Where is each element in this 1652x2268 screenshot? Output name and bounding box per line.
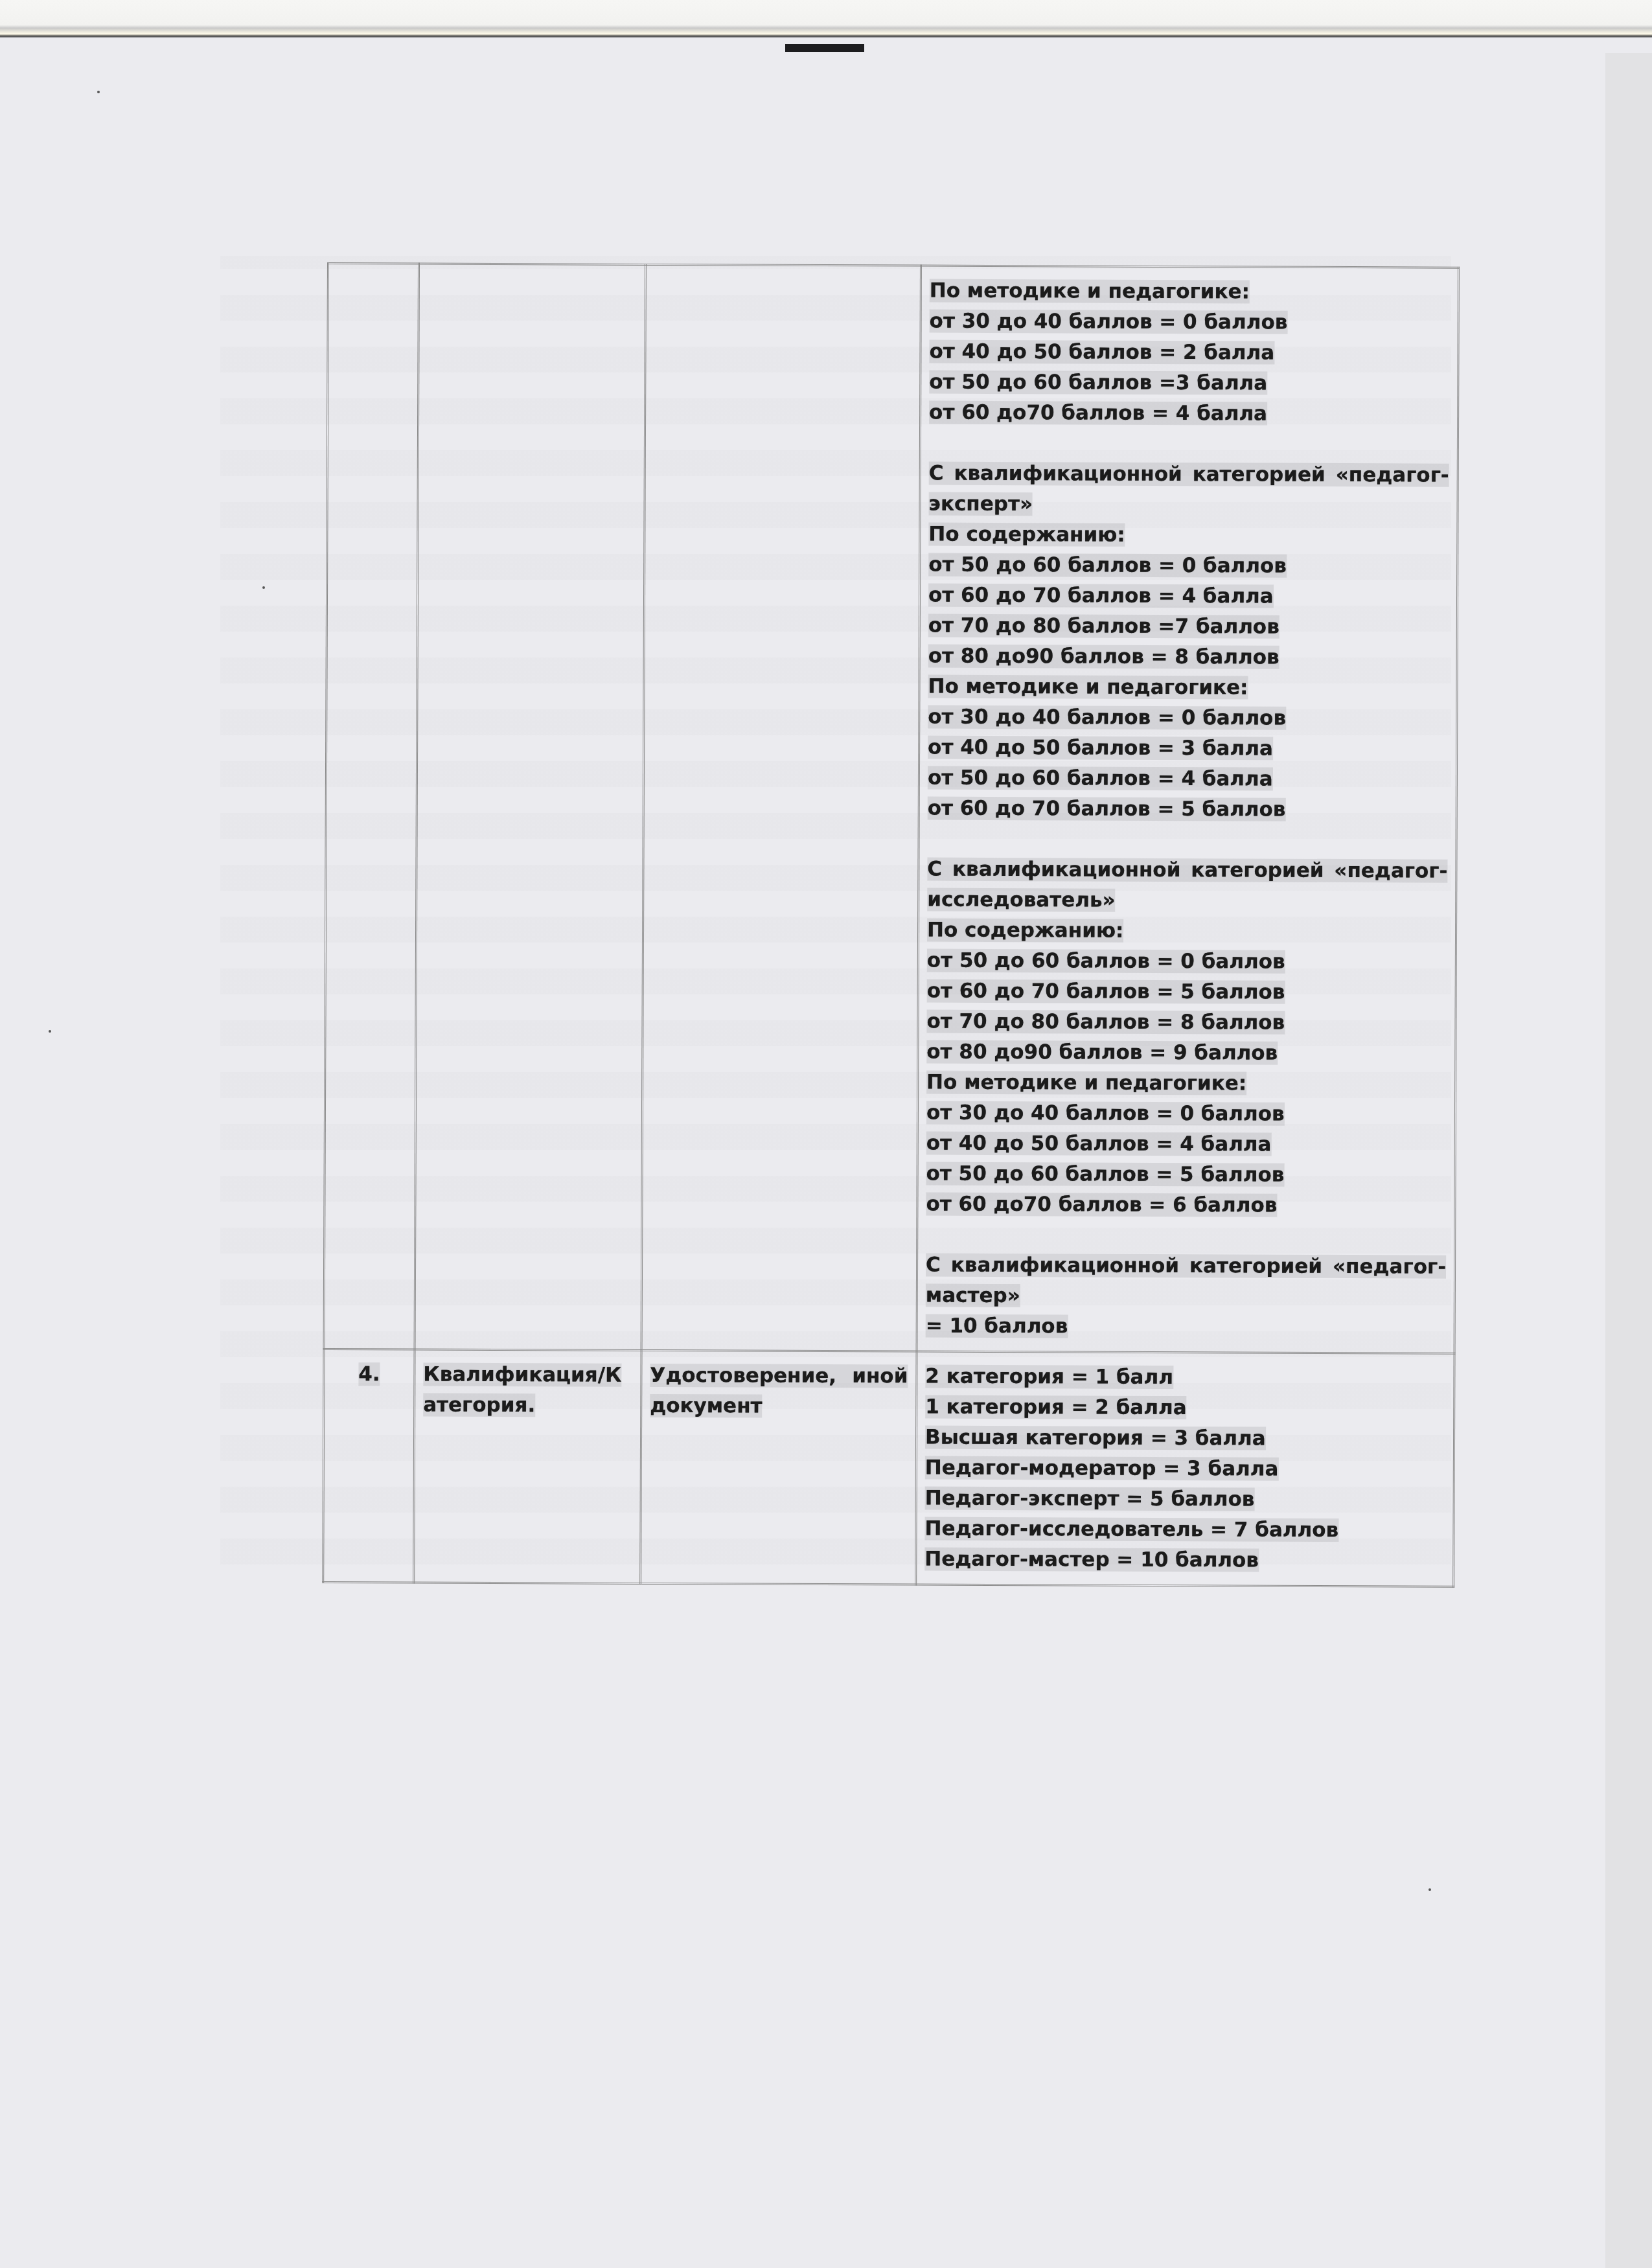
score-rule-text: от 40 до 50 баллов = 4 балла <box>926 1132 1272 1156</box>
score-rule-text: от 70 до 80 баллов = 8 баллов <box>926 1010 1285 1035</box>
score-rule: от 60 до 70 баллов = 5 баллов <box>927 976 1447 1009</box>
section-label-text: По содержанию: <box>928 523 1125 547</box>
category-score-item: Педагог-эксперт = 5 баллов <box>925 1483 1445 1516</box>
score-rule-text: от 40 до 50 баллов = 2 балла <box>929 340 1274 365</box>
score-rule: от 30 до 40 баллов = 0 баллов <box>928 702 1448 735</box>
scoring-block: С квалификационной категорией «педагог-э… <box>928 459 1449 826</box>
category-score-item: Педагог-мастер = 10 баллов <box>924 1544 1445 1577</box>
score-rule-text: от 80 до90 баллов = 8 баллов <box>928 645 1279 669</box>
criterion-label: Квалификация/Категория. <box>423 1363 621 1417</box>
score-rule-text: = 10 баллов <box>926 1314 1068 1338</box>
category-heading-text: С квалификационной категорией «педагог-и… <box>927 858 1447 912</box>
scan-speck <box>49 1030 51 1033</box>
category-score-text: Высшая категория = 3 балла <box>925 1426 1266 1450</box>
category-score-text: Педагог-эксперт = 5 баллов <box>925 1487 1255 1511</box>
score-rule: = 10 баллов <box>926 1311 1446 1344</box>
category-score-item: Педагог-модератор = 3 балла <box>925 1453 1445 1485</box>
section-label-text: По методике и педагогике: <box>928 675 1248 700</box>
cell-scoring: 2 категория = 1 балл1 категория = 2 балл… <box>916 1351 1454 1586</box>
cell-criterion <box>415 264 645 1350</box>
category-score-text: Педагог-мастер = 10 баллов <box>924 1548 1259 1572</box>
category-score-text: Педагог-исследователь = 7 баллов <box>924 1517 1338 1542</box>
score-rule: от 60 до70 баллов = 6 баллов <box>926 1189 1446 1222</box>
score-rule-text: от 50 до 60 баллов = 0 баллов <box>928 553 1287 578</box>
score-rule: от 50 до 60 баллов = 0 баллов <box>928 550 1449 582</box>
category-score-list: 2 категория = 1 балл1 категория = 2 балл… <box>924 1362 1445 1577</box>
cell-scoring: По методике и педагогике:от 30 до 40 бал… <box>917 266 1458 1353</box>
table-row-continued: По методике и педагогике:от 30 до 40 бал… <box>324 264 1458 1354</box>
score-rule: от 70 до 80 баллов =7 баллов <box>928 611 1449 643</box>
confirming-document: Удостоверение, иной документ <box>650 1364 908 1418</box>
score-rule-text: от 50 до 60 баллов = 5 баллов <box>926 1162 1285 1187</box>
score-rule: от 30 до 40 баллов = 0 баллов <box>926 1098 1447 1130</box>
scan-speck <box>1428 1888 1431 1891</box>
scanner-top-edge <box>0 0 1652 45</box>
score-rule-text: от 50 до 60 баллов = 0 баллов <box>927 949 1285 974</box>
score-rule: от 50 до 60 баллов = 0 баллов <box>927 946 1447 978</box>
category-heading-text: С квалификационной категорией «педагог-м… <box>926 1254 1446 1308</box>
category-heading: С квалификационной категорией «педагог-м… <box>926 1250 1446 1313</box>
score-rule: от 40 до 50 баллов = 4 балла <box>926 1128 1447 1161</box>
score-rule-text: от 60 до 70 баллов = 4 балла <box>928 584 1274 608</box>
section-label: По методике и педагогике: <box>926 1068 1447 1100</box>
score-rule-text: от 60 до70 баллов = 4 балла <box>929 401 1267 426</box>
score-rule-text: от 30 до 40 баллов = 0 баллов <box>928 705 1286 730</box>
score-rule: от 60 до 70 баллов = 4 балла <box>928 580 1449 613</box>
score-rule-text: от 60 до 70 баллов = 5 баллов <box>928 797 1286 821</box>
score-rule: от 50 до 60 баллов =3 балла <box>929 367 1449 400</box>
section-label-text: По методике и педагогике: <box>930 279 1250 304</box>
scan-speck <box>97 91 100 93</box>
category-score-item: 1 категория = 2 балла <box>925 1392 1445 1425</box>
cell-number <box>324 264 419 1350</box>
score-rule-text: от 60 до 70 баллов = 5 баллов <box>927 979 1285 1004</box>
score-rule: от 50 до 60 баллов = 5 баллов <box>926 1159 1447 1191</box>
category-heading: С квалификационной категорией «педагог-э… <box>928 459 1449 521</box>
score-rule-text: от 40 до 50 баллов = 3 балла <box>928 736 1273 761</box>
section-label-text: По методике и педагогике: <box>926 1071 1246 1095</box>
section-label: По содержанию: <box>928 520 1449 552</box>
score-rule: от 70 до 80 баллов = 8 баллов <box>926 1007 1447 1039</box>
scanner-marker <box>785 44 864 52</box>
cell-number: 4. <box>323 1349 415 1583</box>
cell-criterion: Квалификация/Категория. <box>414 1349 641 1583</box>
table-row-4: 4. Квалификация/Категория. Удостоверение… <box>323 1349 1454 1586</box>
score-rule-text: от 70 до 80 баллов =7 баллов <box>928 614 1279 639</box>
score-rule: от 40 до 50 баллов = 3 балла <box>928 733 1448 765</box>
score-rule: от 30 до 40 баллов = 0 баллов <box>930 306 1450 339</box>
scoring-block: С квалификационной категорией «педагог-и… <box>926 854 1447 1222</box>
score-rule-text: от 80 до90 баллов = 9 баллов <box>926 1040 1278 1065</box>
row-number: 4. <box>358 1362 380 1386</box>
score-rule-text: от 60 до70 баллов = 6 баллов <box>926 1193 1277 1217</box>
cell-confirming-document <box>641 264 921 1351</box>
score-rule: от 60 до 70 баллов = 5 баллов <box>928 794 1448 826</box>
score-rule-text: от 50 до 60 баллов = 4 балла <box>928 766 1273 791</box>
category-heading-text: С квалификационной категорией «педагог-э… <box>929 462 1449 516</box>
cell-confirming-document: Удостоверение, иной документ <box>641 1350 917 1585</box>
score-rule-text: от 30 до 40 баллов = 0 баллов <box>930 310 1288 334</box>
section-label: По содержанию: <box>927 915 1447 948</box>
score-rule-text: от 30 до 40 баллов = 0 баллов <box>926 1101 1285 1126</box>
category-score-item: Высшая категория = 3 балла <box>925 1423 1445 1455</box>
category-score-text: 2 категория = 1 балл <box>925 1365 1173 1389</box>
score-rule: от 80 до90 баллов = 9 баллов <box>926 1037 1447 1070</box>
category-score-item: Педагог-исследователь = 7 баллов <box>924 1514 1445 1546</box>
category-heading: С квалификационной категорией «педагог-и… <box>927 854 1447 917</box>
score-rule: от 60 до70 баллов = 4 балла <box>929 398 1449 430</box>
section-label-text: По содержанию: <box>927 919 1124 943</box>
score-rule-text: от 50 до 60 баллов =3 балла <box>929 371 1267 395</box>
category-score-text: 1 категория = 2 балла <box>925 1395 1187 1420</box>
category-score-item: 2 категория = 1 балл <box>925 1362 1445 1394</box>
section-label: По методике и педагогике: <box>928 672 1448 704</box>
criteria-table: По методике и педагогике:от 30 до 40 бал… <box>322 262 1460 1588</box>
score-rule: от 80 до90 баллов = 8 баллов <box>928 641 1449 674</box>
scoring-block: По методике и педагогике:от 30 до 40 бал… <box>929 276 1450 430</box>
page-right-margin <box>1605 53 1652 2268</box>
scan-speck <box>262 586 265 589</box>
score-rule: от 40 до 50 баллов = 2 балла <box>929 337 1449 369</box>
category-score-text: Педагог-модератор = 3 балла <box>925 1456 1279 1481</box>
section-label: По методике и педагогике: <box>930 276 1450 308</box>
scoring-block: С квалификационной категорией «педагог-м… <box>926 1250 1447 1344</box>
score-rule: от 50 до 60 баллов = 4 балла <box>928 763 1448 796</box>
scoring-blocks: По методике и педагогике:от 30 до 40 бал… <box>926 276 1450 1344</box>
